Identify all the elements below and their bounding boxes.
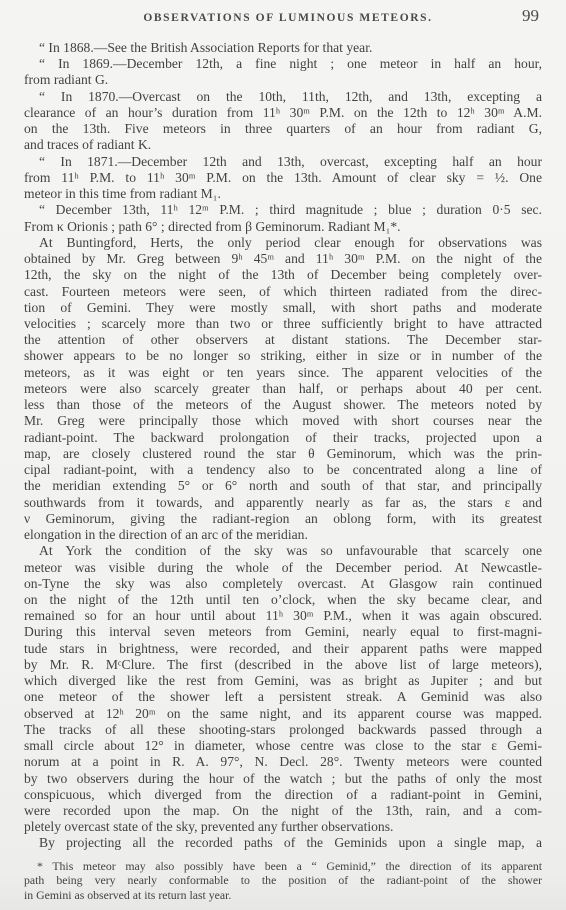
- text-line: “ In 1871.—December 12th and 13th, overc…: [24, 154, 542, 170]
- text-line: “ In 1870.—Overcast on the 10th, 11th, 1…: [24, 89, 542, 105]
- page-header: OBSERVATIONS OF LUMINOUS METEORS. 99: [0, 0, 566, 42]
- text-line: The tracks of all these shooting-stars p…: [24, 722, 542, 738]
- text-line: cipal radiant-point, with a tendency als…: [24, 462, 542, 478]
- footnote-line: path being very nearly conformable to th…: [24, 873, 542, 888]
- text-line: and traces of radiant K.: [24, 137, 542, 153]
- text-line: radiant-point. The backward prolongation…: [24, 430, 542, 446]
- paragraph-container: “ In 1868.—See the British Association R…: [24, 40, 542, 852]
- text-line: “ In 1869.—December 12th, a fine night ;…: [24, 56, 542, 72]
- text-line: pletely overcast state of the sky, preve…: [24, 819, 542, 835]
- text-line: from 11ʰ P.M. to 11ʰ 30ᵐ P.M. on the 13t…: [24, 170, 542, 186]
- text-line: on-Tyne the sky was also completely over…: [24, 576, 542, 592]
- text-line: norum at a point in R. A. 97°, N. Decl. …: [24, 754, 542, 770]
- text-line: from radiant G.: [24, 72, 542, 88]
- text-line: ν Geminorum, giving the radiant-region a…: [24, 511, 542, 527]
- text-line: From κ Orionis ; path 6° ; directed from…: [24, 219, 542, 235]
- text-line: less than those of the meteors of the Au…: [24, 397, 542, 413]
- text-line: cast. Fourteen meteors were seen, of whi…: [24, 284, 542, 300]
- text-line: meteors were also scarcely greater than …: [24, 381, 542, 397]
- text-line: velocities ; scarcely more than two or t…: [24, 316, 542, 332]
- text-line: remained so for an hour until about 11ʰ …: [24, 608, 542, 624]
- text-line: obtained by Mr. Greg between 9ʰ 45ᵐ and …: [24, 251, 542, 267]
- text-line: tion of Gemini. They were mostly small, …: [24, 300, 542, 316]
- text-line: the attention of other observers at dist…: [24, 332, 542, 348]
- text-line: by Mr. R. MᶜClure. The first (described …: [24, 657, 542, 673]
- text-line: one meteor of the shower left a persiste…: [24, 689, 542, 705]
- text-line: “ In 1868.—See the British Association R…: [24, 40, 542, 56]
- text-line: by two observers during the hour of the …: [24, 771, 542, 787]
- text-line: observed at 12ʰ 20ᵐ on the same night, a…: [24, 706, 542, 722]
- text-line: “ December 13th, 11ʰ 12ᵐ P.M. ; third ma…: [24, 202, 542, 218]
- text-line: clearance of an hour’s duration from 11ʰ…: [24, 105, 542, 121]
- text-line: on the night of the 12th until ten o’clo…: [24, 592, 542, 608]
- text-line: conspicuous, which diverged from the dir…: [24, 787, 542, 803]
- text-line: At Buntingford, Herts, the only period c…: [24, 235, 542, 251]
- text-line: meteors, as it was eight or ten years si…: [24, 365, 542, 381]
- text-line: were recorded upon the map. On the night…: [24, 803, 542, 819]
- text-line: which diverged like the rest from Gemini…: [24, 673, 542, 689]
- text-line: meteor was visible during the whole of t…: [24, 560, 542, 576]
- text-line: During this interval seven meteors from …: [24, 624, 542, 640]
- footnote-line: * This meteor may also possibly have bee…: [24, 859, 542, 874]
- text-line: the meridian extending 5° or 6° north an…: [24, 478, 542, 494]
- text-line: small circle about 12° in diameter, whos…: [24, 738, 542, 754]
- text-line: meteor in this time from radiant M₁.: [24, 186, 542, 202]
- text-line: shower appears to be no longer so striki…: [24, 348, 542, 364]
- running-header-title: OBSERVATIONS OF LUMINOUS METEORS.: [0, 12, 566, 24]
- text-line: map, are closely clustered round the sta…: [24, 446, 542, 462]
- footnote-line: in Gemini as observed at its return last…: [24, 888, 542, 903]
- text-line: Mr. Greg were principally those which mo…: [24, 413, 542, 429]
- text-line: At York the condition of the sky was so …: [24, 543, 542, 559]
- text-line: By projecting all the recorded paths of …: [24, 835, 542, 851]
- text-line: southwards from it towards, and apparent…: [24, 495, 542, 511]
- text-line: elongation in the direction of an arc of…: [24, 527, 542, 543]
- text-line: 12th, the sky on the night of the 13th o…: [24, 267, 542, 283]
- document-page: OBSERVATIONS OF LUMINOUS METEORS. 99 “ I…: [0, 0, 566, 910]
- text-line: tude stars in brightness, were recorded,…: [24, 641, 542, 657]
- text-line: on the 13th. Five meteors in three quart…: [24, 121, 542, 137]
- body-text: “ In 1868.—See the British Association R…: [24, 40, 542, 903]
- page-number: 99: [522, 6, 539, 26]
- footnote: * This meteor may also possibly have bee…: [24, 859, 542, 903]
